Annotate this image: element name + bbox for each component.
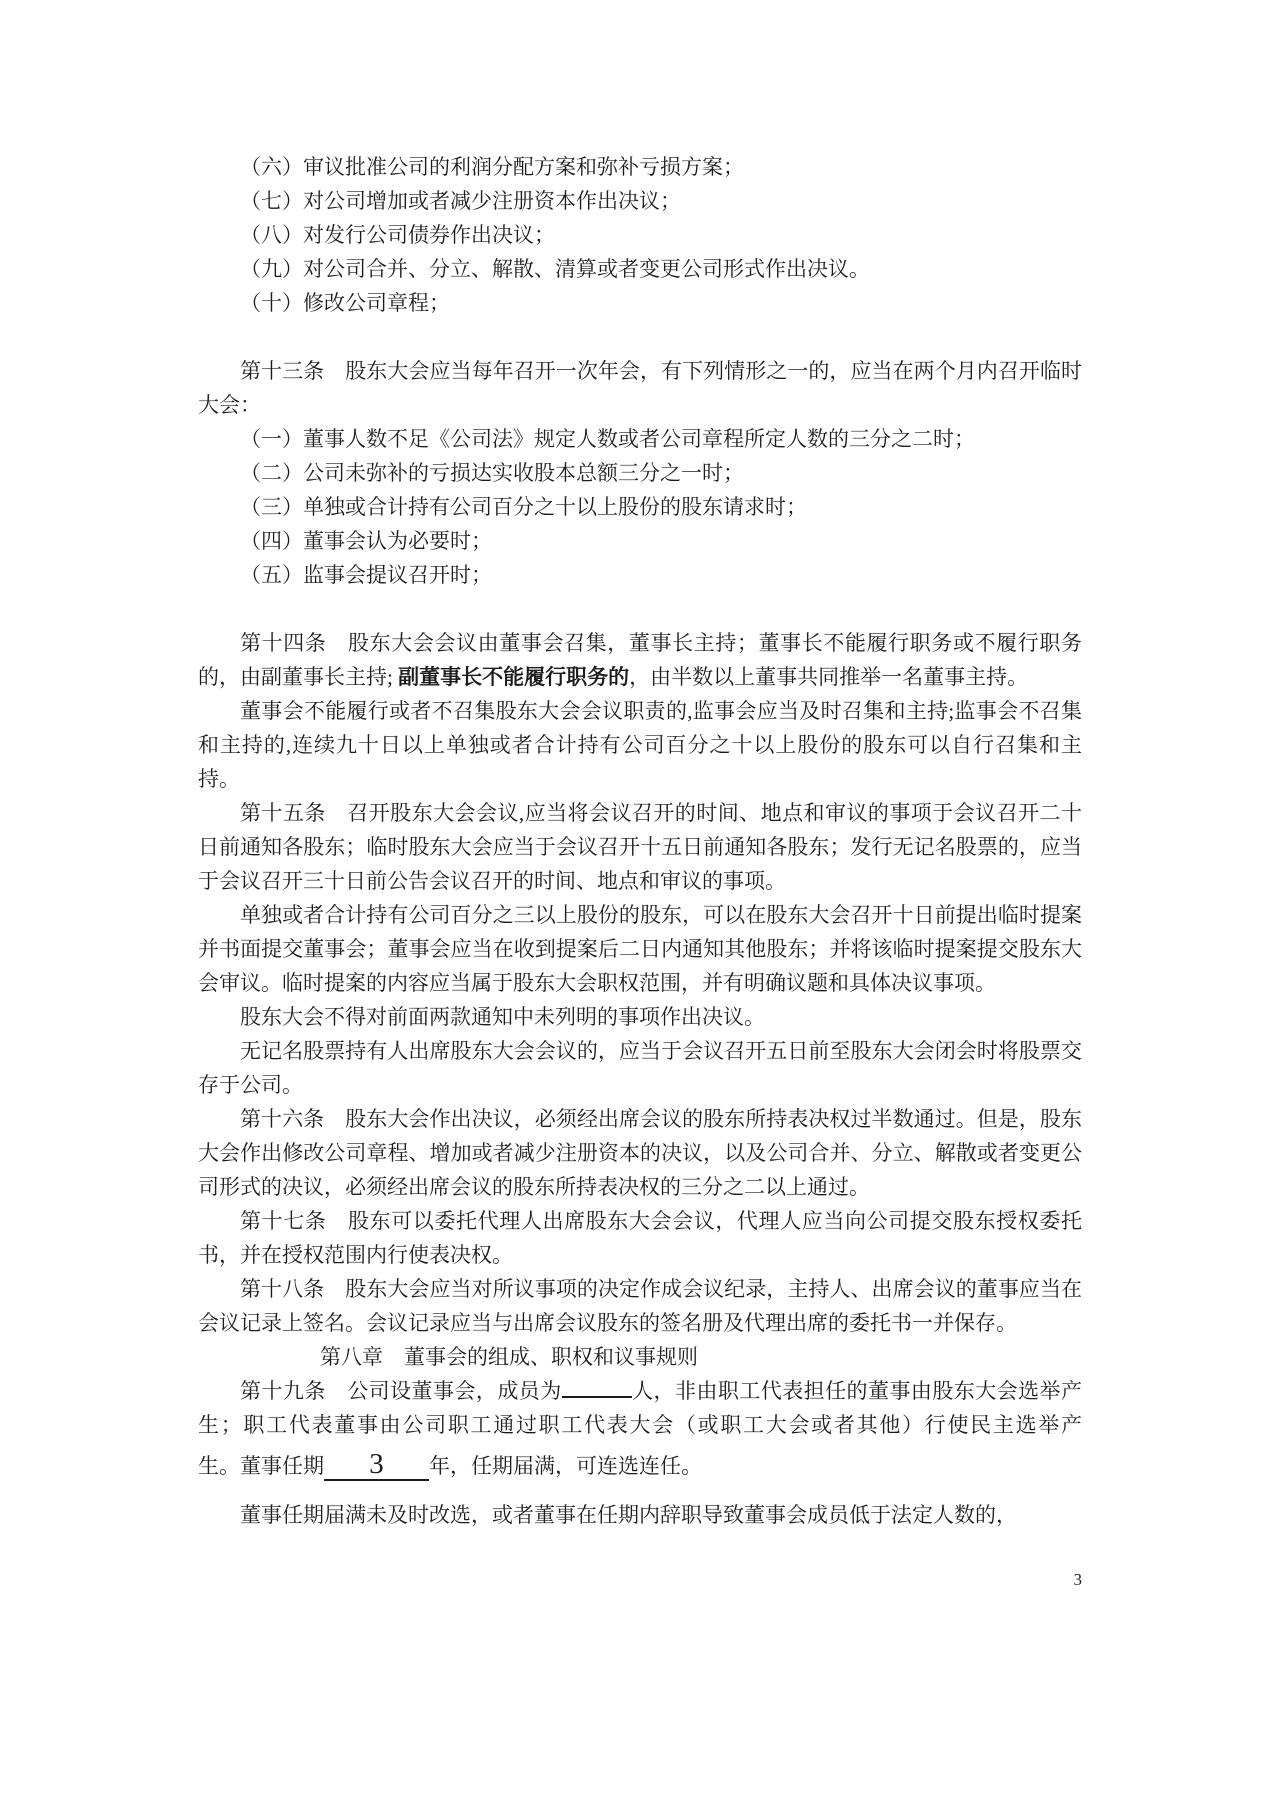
article-14-bold-phrase: 副董事长不能履行职务的 [398, 665, 629, 689]
list-item: （四）董事会认为必要时； [198, 524, 1082, 558]
reelection-paragraph: 董事任期届满未及时改选，或者董事在任期内辞职导致董事会成员低于法定人数的， [198, 1498, 1082, 1532]
article-19-paragraph: 第十九条 公司设董事会，成员为人，非由职工代表担任的董事由股东大会选举产生；职工… [198, 1374, 1082, 1442]
bearer-shares-paragraph: 无记名股票持有人出席股东大会会议的，应当于会议召开五日前至股东大会闭会时将股票交… [198, 1034, 1082, 1102]
list-item: （三）单独或合计持有公司百分之十以上股份的股东请求时； [198, 490, 1082, 524]
blank-line [198, 320, 1082, 354]
list-item: （七）对公司增加或者减少注册资本作出决议； [198, 184, 1082, 218]
list-item: （九）对公司合并、分立、解散、清算或者变更公司形式作出决议。 [198, 252, 1082, 286]
blank-underline-field [562, 1378, 632, 1398]
article-16-paragraph: 第十六条 股东大会作出决议，必须经出席会议的股东所持表决权过半数通过。但是，股东… [198, 1102, 1082, 1204]
article-19-text-start: 第十九条 公司设董事会，成员为 [240, 1379, 562, 1403]
temporary-proposal-paragraph: 单独或者合计持有公司百分之三以上股份的股东，可以在股东大会召开十日前提出临时提案… [198, 898, 1082, 1000]
list-item: （十）修改公司章程； [198, 286, 1082, 320]
document-body: （六）审议批准公司的利润分配方案和弥补亏损方案； （七）对公司增加或者减少注册资… [198, 150, 1082, 1592]
article-14-paragraph: 第十四条 股东大会会议由董事会召集，董事长主持；董事长不能履行职务或不履行职务的… [198, 626, 1082, 694]
article-17-paragraph: 第十七条 股东可以委托代理人出席股东大会会议，代理人应当向公司提交股东授权委托书… [198, 1204, 1082, 1272]
page-number: 3 [198, 1568, 1082, 1592]
tenure-text-end: 年，任期届满，可连选连任。 [429, 1454, 702, 1478]
no-resolution-paragraph: 股东大会不得对前面两款通知中未列明的事项作出决议。 [198, 1000, 1082, 1034]
article-15-paragraph: 第十五条 召开股东大会会议,应当将会议召开的时间、地点和审议的事项于会议召开二十… [198, 796, 1082, 898]
chapter-8-heading: 第八章 董事会的组成、职权和议事规则 [320, 1340, 1082, 1374]
list-item: （六）审议批准公司的利润分配方案和弥补亏损方案； [198, 150, 1082, 184]
document-page: （六）审议批准公司的利润分配方案和弥补亏损方案； （七）对公司增加或者减少注册资… [0, 0, 1280, 1810]
article-13-paragraph: 第十三条 股东大会应当每年召开一次年会，有下列情形之一的，应当在两个月内召开临时… [198, 354, 1082, 422]
list-item: （八）对发行公司债券作出决议； [198, 218, 1082, 252]
director-tenure-line: 生。董事任期3年，任期届满，可连选连任。 [198, 1442, 1082, 1490]
supervisory-board-paragraph: 董事会不能履行或者不召集股东大会会议职责的,监事会应当及时召集和主持;监事会不召… [198, 694, 1082, 796]
list-item: （一）董事人数不足《公司法》规定人数或者公司章程所定人数的三分之二时； [198, 422, 1082, 456]
list-item: （二）公司未弥补的亏损达实收股本总额三分之一时； [198, 456, 1082, 490]
blank-line [198, 592, 1082, 626]
list-item: （五）监事会提议召开时； [198, 558, 1082, 592]
article-18-paragraph: 第十八条 股东大会应当对所议事项的决定作成会议纪录，主持人、出席会议的董事应当在… [198, 1272, 1082, 1340]
tenure-text-start: 生。董事任期 [198, 1454, 324, 1478]
tenure-years-filled-value: 3 [324, 1449, 429, 1481]
article-14-text-end: ，由半数以上董事共同推举一名董事主持。 [629, 665, 1028, 689]
